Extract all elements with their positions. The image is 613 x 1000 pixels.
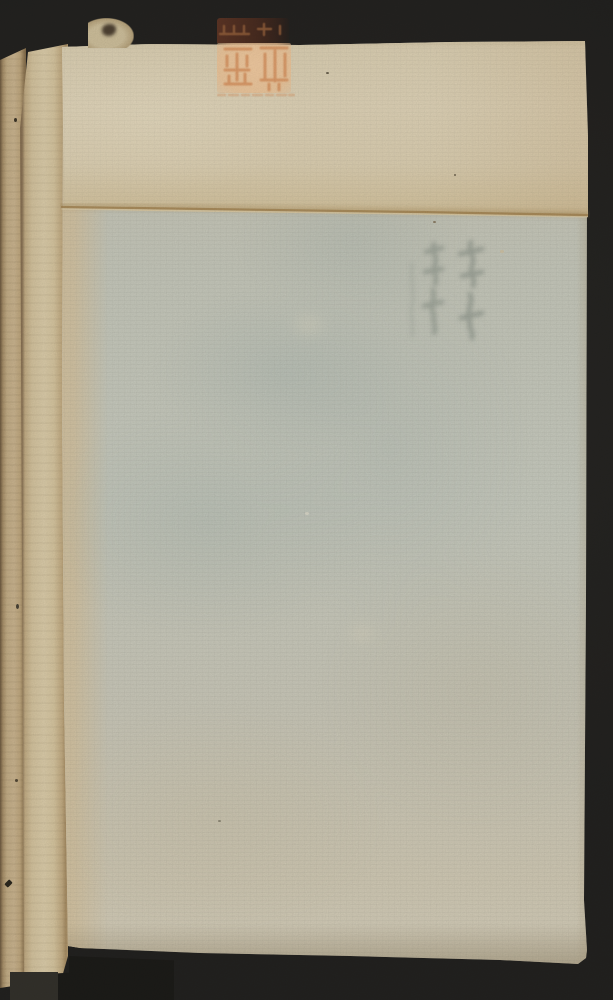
paper-speck [326, 72, 329, 74]
top-endpaper-flap [58, 36, 592, 220]
fold-shadow [102, 24, 116, 36]
curled-page-corner [88, 18, 134, 48]
paper-speck [218, 820, 221, 822]
photo-canvas [0, 0, 613, 1000]
seal-script-glyphs [217, 18, 295, 102]
ink-bleedthrough-marks [400, 228, 504, 352]
paper-speck [433, 221, 436, 223]
paper-fleck-light [305, 512, 309, 515]
paper-speck [454, 174, 456, 176]
collection-seal-stamp [217, 18, 295, 102]
bottom-left-soft-patch [10, 972, 58, 1000]
paper-speck [14, 118, 17, 122]
flap-crease-line [60, 203, 590, 221]
paper-stain-dot [500, 250, 504, 253]
paper-speck [16, 604, 19, 609]
laid-paper-lines [58, 36, 592, 220]
book-spine-fold-strip [20, 38, 68, 990]
paper-speck [15, 779, 18, 782]
